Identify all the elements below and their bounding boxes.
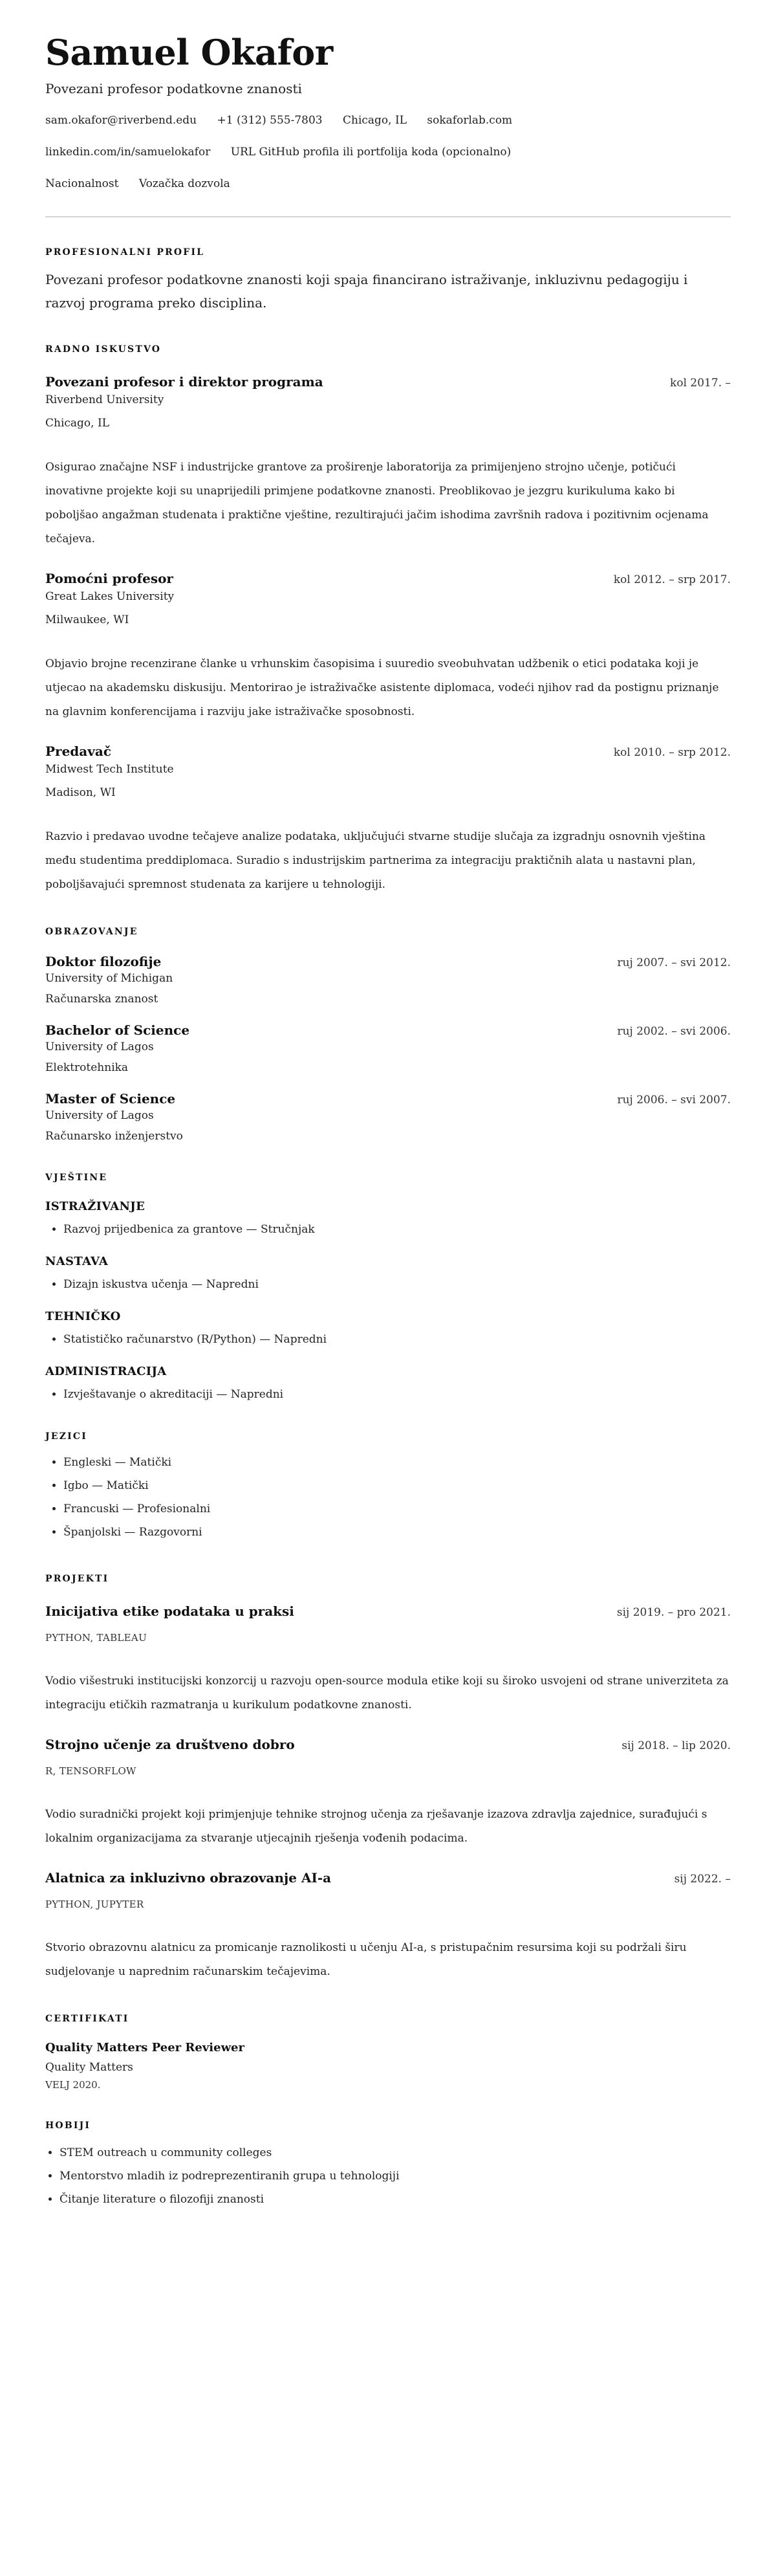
section-title-education: OBRAZOVANJE	[45, 927, 731, 937]
project-name: Alatnica za inkluzivno obrazovanje AI-a	[45, 1870, 331, 1886]
section-title-hobbies: HOBIJI	[45, 2120, 731, 2131]
contact-location: Chicago, IL	[343, 114, 407, 127]
section-skills: VJEŠTINE ISTRAŽIVANJE Razvoj prijedbenic…	[45, 1172, 731, 1402]
job-dates: kol 2017. –	[670, 377, 731, 390]
project-description: Stvorio obrazovnu alatnicu za promicanje…	[45, 1936, 731, 1984]
project-description: Vodio suradnički projekt koji primjenjuj…	[45, 1803, 731, 1851]
job-dates: kol 2012. – srp 2017.	[614, 573, 731, 586]
contact-row-personal: Nacionalnost Vozačka dozvola	[45, 177, 731, 192]
section-experience: RADNO ISKUSTVO Povezani profesor i direk…	[45, 344, 731, 897]
certificate-entry: Quality Matters Peer Reviewer Quality Ma…	[45, 2041, 731, 2091]
language-item: Engleski — Matički	[63, 1451, 731, 1474]
job-employer: Riverbend University	[45, 393, 731, 406]
contact-email[interactable]: sam.okafor@riverbend.edu	[45, 114, 197, 127]
education-entry: Master of Science ruj 2006. – svi 2007. …	[45, 1091, 731, 1143]
section-title-certificates: CERTIFIKATI	[45, 2014, 731, 2024]
education-entry: Doktor filozofije ruj 2007. – svi 2012. …	[45, 954, 731, 1006]
education-entry: Bachelor of Science ruj 2002. – svi 2006…	[45, 1022, 731, 1074]
job-dates: kol 2010. – srp 2012.	[614, 746, 731, 759]
skill-category: ADMINISTRACIJA	[45, 1365, 731, 1378]
job-description: Osigurao značajne NSF i industrijcke gra…	[45, 456, 731, 551]
skill-list: Dizajn iskustva učenja — Napredni	[45, 1277, 731, 1292]
certificate-date: VELJ 2020.	[45, 2079, 731, 2091]
certificate-issuer: Quality Matters	[45, 2061, 731, 2074]
contact-row-links: linkedin.com/in/samuelokafor URL GitHub …	[45, 145, 731, 160]
degree-title: Master of Science	[45, 1091, 175, 1106]
degree-dates: ruj 2006. – svi 2007.	[617, 1094, 731, 1106]
skill-item: Razvoj prijedbenica za grantove — Stručn…	[63, 1222, 731, 1237]
project-technologies: R, TENSORFLOW	[45, 1765, 731, 1777]
contact-website[interactable]: sokaforlab.com	[427, 114, 512, 127]
header-divider	[45, 216, 731, 217]
section-projects: PROJEKTI Inicijativa etike podataka u pr…	[45, 1574, 731, 1984]
job-location: Chicago, IL	[45, 417, 731, 430]
contact-linkedin[interactable]: linkedin.com/in/samuelokafor	[45, 146, 210, 159]
section-languages: JEZICI Engleski — Matički Igbo — Matički…	[45, 1431, 731, 1544]
job-location: Milwaukee, WI	[45, 613, 731, 626]
project-dates: sij 2018. – lip 2020.	[621, 1739, 731, 1752]
section-title-languages: JEZICI	[45, 1431, 731, 1442]
project-technologies: PYTHON, TABLEAU	[45, 1632, 731, 1644]
job-location: Madison, WI	[45, 786, 731, 799]
section-title-experience: RADNO ISKUSTVO	[45, 344, 731, 355]
hobby-item: Mentorstvo mladih iz podreprezentiranih …	[59, 2164, 731, 2188]
resume-header: Samuel Okafor Povezani profesor podatkov…	[45, 34, 731, 217]
language-list: Engleski — Matički Igbo — Matički Francu…	[45, 1451, 731, 1544]
hobby-item: STEM outreach u community colleges	[59, 2141, 731, 2164]
field-of-study: Računarska znanost	[45, 993, 731, 1006]
skill-list: Statističko računarstvo (R/Python) — Nap…	[45, 1332, 731, 1347]
field-of-study: Računarsko inženjerstvo	[45, 1130, 731, 1143]
job-description: Objavio brojne recenzirane članke u vrhu…	[45, 652, 731, 724]
language-item: Igbo — Matički	[63, 1474, 731, 1497]
experience-entry: Povezani profesor i direktor programa ko…	[45, 374, 731, 551]
section-certificates: CERTIFIKATI Quality Matters Peer Reviewe…	[45, 2014, 731, 2091]
skill-list: Izvještavanje o akreditaciji — Napredni	[45, 1387, 731, 1402]
job-employer: Midwest Tech Institute	[45, 763, 731, 776]
degree-title: Bachelor of Science	[45, 1022, 189, 1038]
section-education: OBRAZOVANJE Doktor filozofije ruj 2007. …	[45, 927, 731, 1143]
contact-drivers-license: Vozačka dozvola	[139, 177, 230, 190]
field-of-study: Elektrotehnika	[45, 1061, 731, 1074]
job-title: Predavač	[45, 743, 111, 759]
skill-item: Izvještavanje o akreditaciji — Napredni	[63, 1387, 731, 1402]
job-employer: Great Lakes University	[45, 590, 731, 603]
experience-entry: Pomoćni profesor kol 2012. – srp 2017. G…	[45, 571, 731, 724]
hobby-list: STEM outreach u community colleges Mento…	[45, 2141, 731, 2211]
contact-github-placeholder: URL GitHub profila ili portfolija koda (…	[231, 146, 512, 159]
school-name: University of Lagos	[45, 1109, 731, 1122]
degree-dates: ruj 2002. – svi 2006.	[617, 1025, 731, 1038]
section-title-skills: VJEŠTINE	[45, 1172, 731, 1183]
skill-list: Razvoj prijedbenica za grantove — Stručn…	[45, 1222, 731, 1237]
school-name: University of Lagos	[45, 1040, 731, 1053]
degree-dates: ruj 2007. – svi 2012.	[617, 956, 731, 969]
section-title-profile: PROFESIONALNI PROFIL	[45, 247, 731, 258]
project-entry: Alatnica za inkluzivno obrazovanje AI-a …	[45, 1870, 731, 1984]
job-description: Razvio i predavao uvodne tečajeve analiz…	[45, 825, 731, 897]
resume-page: Samuel Okafor Povezani profesor podatkov…	[0, 0, 776, 2237]
degree-title: Doktor filozofije	[45, 954, 161, 969]
section-hobbies: HOBIJI STEM outreach u community college…	[45, 2120, 731, 2211]
skill-item: Statističko računarstvo (R/Python) — Nap…	[63, 1332, 731, 1347]
certificate-name: Quality Matters Peer Reviewer	[45, 2041, 731, 2054]
candidate-name: Samuel Okafor	[45, 34, 731, 72]
project-dates: sij 2019. – pro 2021.	[617, 1606, 731, 1619]
project-technologies: PYTHON, JUPYTER	[45, 1899, 731, 1910]
job-title: Pomoćni profesor	[45, 571, 173, 586]
project-dates: sij 2022. –	[674, 1873, 731, 1886]
language-item: Francuski — Profesionalni	[63, 1497, 731, 1521]
section-profile: PROFESIONALNI PROFIL Povezani profesor p…	[45, 247, 731, 314]
profile-summary: Povezani profesor podatkovne znanosti ko…	[45, 268, 731, 314]
contact-row-primary: sam.okafor@riverbend.edu +1 (312) 555-78…	[45, 113, 731, 128]
job-title: Povezani profesor i direktor programa	[45, 374, 323, 390]
candidate-headline: Povezani profesor podatkovne znanosti	[45, 81, 731, 96]
skill-category: NASTAVA	[45, 1255, 731, 1268]
contact-phone[interactable]: +1 (312) 555-7803	[217, 114, 323, 127]
project-name: Strojno učenje za društveno dobro	[45, 1737, 295, 1752]
project-entry: Strojno učenje za društveno dobro sij 20…	[45, 1737, 731, 1851]
skill-category: ISTRAŽIVANJE	[45, 1200, 731, 1213]
language-item: Španjolski — Razgovorni	[63, 1521, 731, 1544]
hobby-item: Čitanje literature o filozofiji znanosti	[59, 2188, 731, 2211]
experience-entry: Predavač kol 2010. – srp 2012. Midwest T…	[45, 743, 731, 897]
skill-item: Dizajn iskustva učenja — Napredni	[63, 1277, 731, 1292]
project-name: Inicijativa etike podataka u praksi	[45, 1603, 294, 1619]
section-title-projects: PROJEKTI	[45, 1574, 731, 1584]
school-name: University of Michigan	[45, 972, 731, 985]
skill-category: TEHNIČKO	[45, 1310, 731, 1323]
contact-nationality: Nacionalnost	[45, 177, 118, 190]
project-entry: Inicijativa etike podataka u praksi sij …	[45, 1603, 731, 1717]
project-description: Vodio višestruki institucijski konzorcij…	[45, 1669, 731, 1717]
